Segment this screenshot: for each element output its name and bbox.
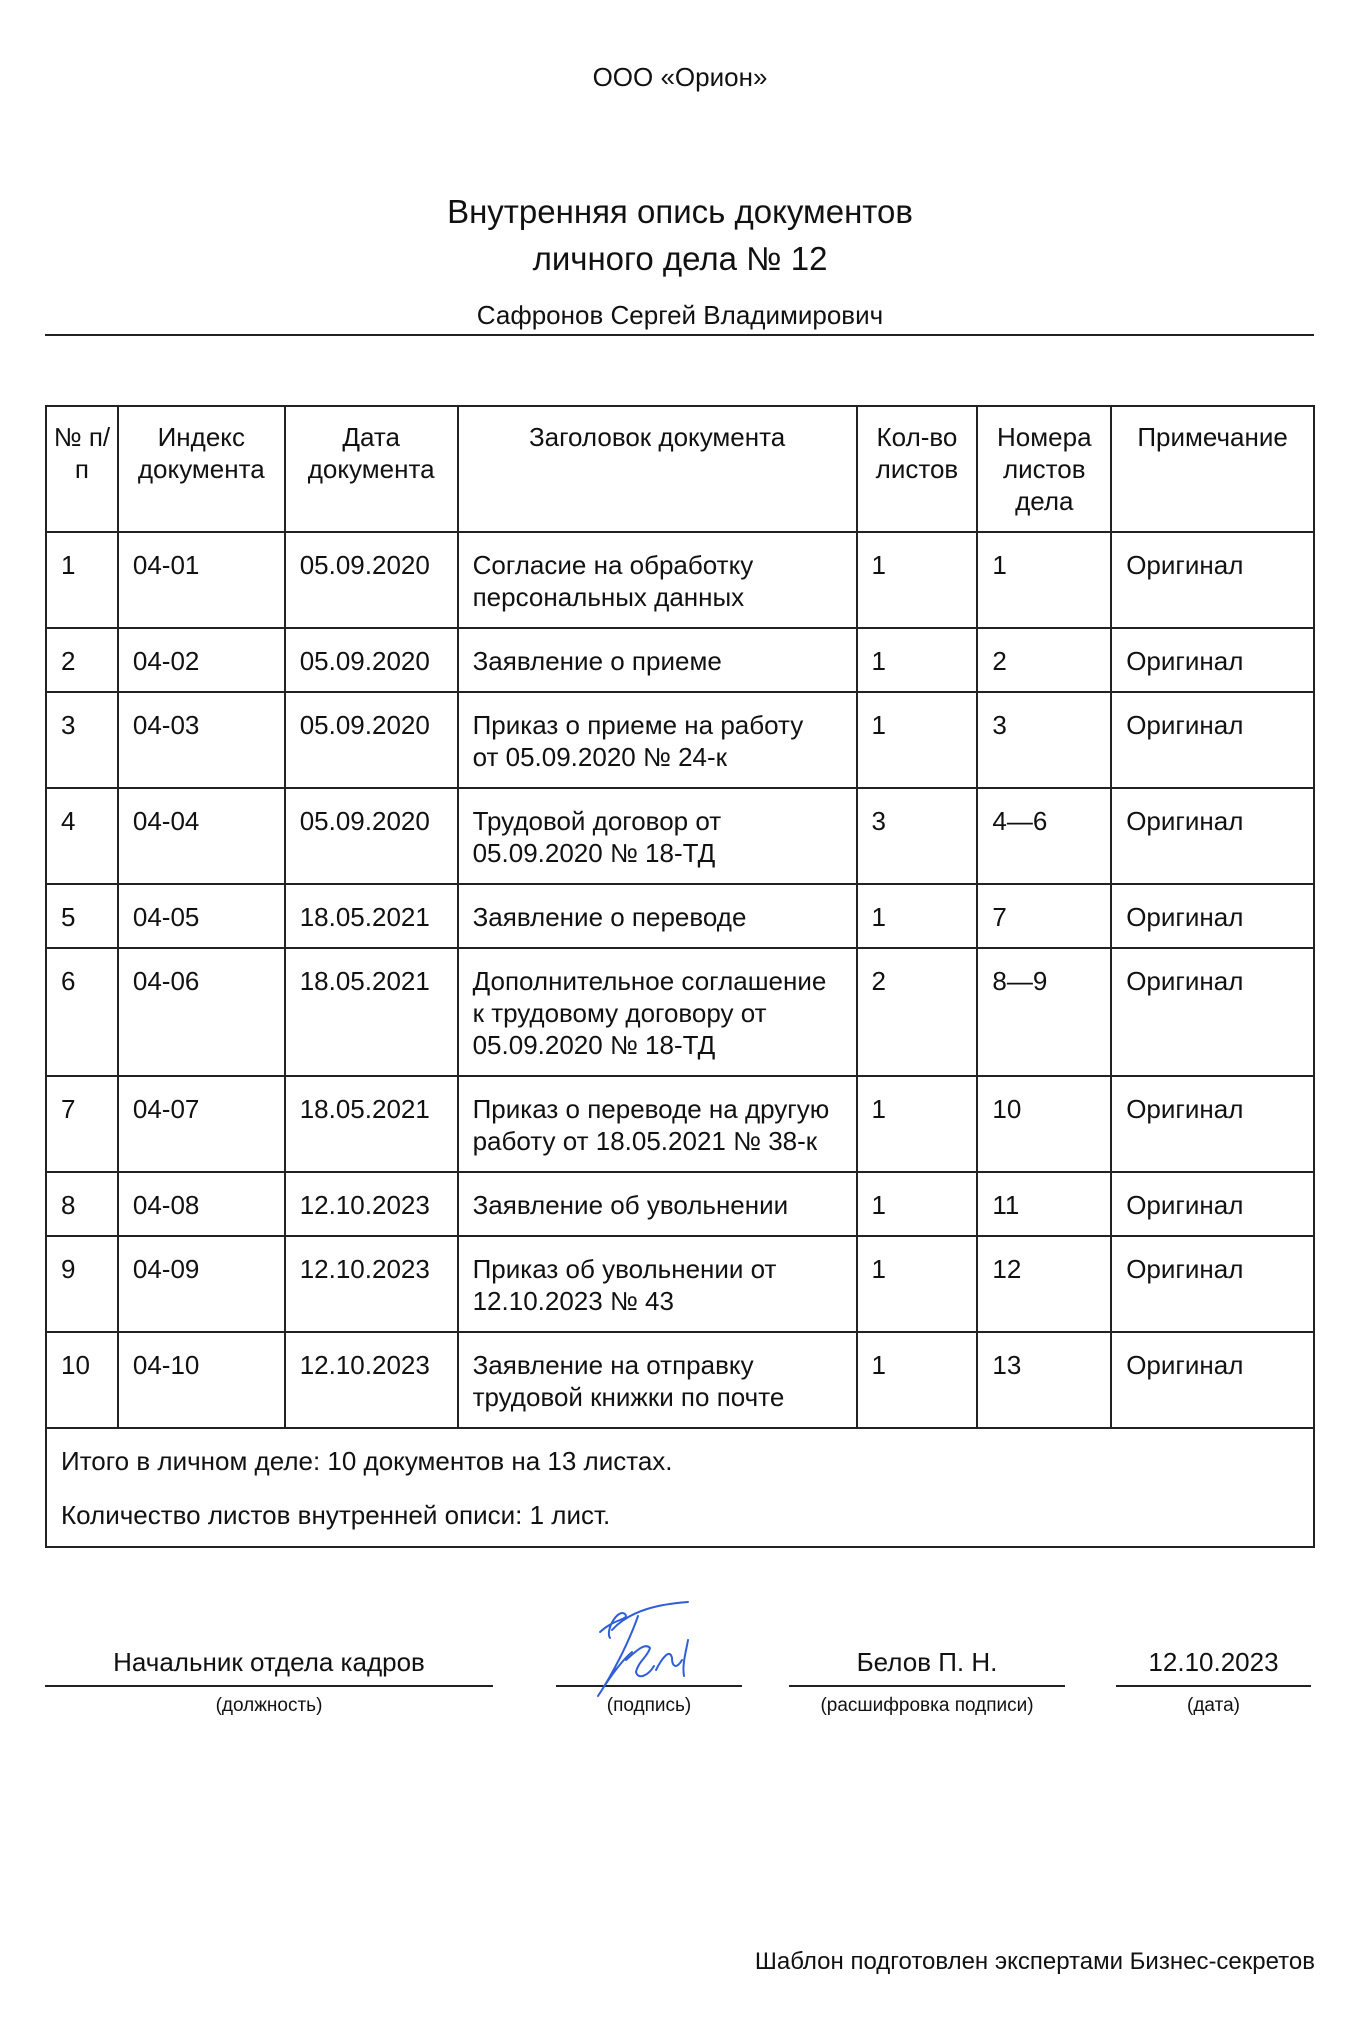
row-date: 18.05.2021 [285, 948, 458, 1076]
row-date: 05.09.2020 [285, 532, 458, 628]
row-sheet-numbers: 3 [977, 692, 1111, 788]
row-title: Согласие на обработку персональных данны… [458, 532, 857, 628]
row-title: Заявление о приеме [458, 628, 857, 692]
row-number: 1 [46, 532, 118, 628]
table-total-row: Итого в личном деле: 10 документов на 13… [46, 1428, 1314, 1547]
employee-name-underline [45, 334, 1314, 336]
table-row: 904-0912.10.2023Приказ об увольнении от … [46, 1236, 1314, 1332]
document-title-line-2: личного дела № 12 [0, 235, 1360, 282]
decoding-caption: (расшифровка подписи) [789, 1695, 1065, 1717]
row-note: Оригинал [1111, 532, 1314, 628]
total-documents-text: Итого в личном деле: 10 документов на 13… [61, 1445, 1299, 1477]
table-row: 304-0305.09.2020Приказ о приеме на работ… [46, 692, 1314, 788]
row-number: 8 [46, 1172, 118, 1236]
inventory-sheets-text: Количество листов внутренней описи: 1 ли… [61, 1499, 1299, 1531]
row-title: Заявление на отправку трудовой книжки по… [458, 1332, 857, 1428]
table-row: 504-0518.05.2021Заявление о переводе17Ор… [46, 884, 1314, 948]
row-date: 05.09.2020 [285, 788, 458, 884]
table-header-row: № п/п Индекс документа Дата документа За… [46, 406, 1314, 532]
row-note: Оригинал [1111, 692, 1314, 788]
column-header-note: Примечание [1111, 406, 1314, 532]
column-header-title: Заголовок документа [458, 406, 857, 532]
row-sheets: 1 [857, 692, 978, 788]
row-number: 7 [46, 1076, 118, 1172]
date-value: 12.10.2023 [1116, 1645, 1311, 1687]
table-row: 204-0205.09.2020Заявление о приеме12Ориг… [46, 628, 1314, 692]
row-sheets: 1 [857, 1332, 978, 1428]
organization-name: ООО «Орион» [0, 62, 1360, 93]
column-header-number: № п/п [46, 406, 118, 532]
row-index: 04-03 [118, 692, 285, 788]
total-cell: Итого в личном деле: 10 документов на 13… [46, 1428, 1314, 1547]
position-field: Начальник отдела кадров (должность) [45, 1645, 493, 1717]
row-sheet-numbers: 2 [977, 628, 1111, 692]
row-note: Оригинал [1111, 1332, 1314, 1428]
document-title-line-1: Внутренняя опись документов [0, 188, 1360, 235]
row-index: 04-09 [118, 1236, 285, 1332]
table-row: 1004-1012.10.2023Заявление на отправку т… [46, 1332, 1314, 1428]
row-title: Заявление о переводе [458, 884, 857, 948]
row-note: Оригинал [1111, 1236, 1314, 1332]
row-note: Оригинал [1111, 788, 1314, 884]
row-index: 04-10 [118, 1332, 285, 1428]
row-date: 18.05.2021 [285, 884, 458, 948]
row-title: Дополнительное соглашение к трудовому до… [458, 948, 857, 1076]
row-sheet-numbers: 7 [977, 884, 1111, 948]
date-field: 12.10.2023 (дата) [1116, 1645, 1311, 1717]
row-date: 18.05.2021 [285, 1076, 458, 1172]
row-sheet-numbers: 8—9 [977, 948, 1111, 1076]
row-number: 5 [46, 884, 118, 948]
row-number: 2 [46, 628, 118, 692]
row-index: 04-01 [118, 532, 285, 628]
decoding-value: Белов П. Н. [789, 1645, 1065, 1687]
row-sheets: 1 [857, 1172, 978, 1236]
column-header-date: Дата документа [285, 406, 458, 532]
row-title: Трудовой договор от 05.09.2020 № 18-ТД [458, 788, 857, 884]
row-number: 3 [46, 692, 118, 788]
row-title: Приказ о приеме на работу от 05.09.2020 … [458, 692, 857, 788]
row-number: 9 [46, 1236, 118, 1332]
position-value: Начальник отдела кадров [45, 1645, 493, 1687]
row-date: 05.09.2020 [285, 692, 458, 788]
row-sheets: 1 [857, 628, 978, 692]
row-index: 04-07 [118, 1076, 285, 1172]
row-number: 6 [46, 948, 118, 1076]
table-row: 704-0718.05.2021Приказ о переводе на дру… [46, 1076, 1314, 1172]
row-sheets: 1 [857, 884, 978, 948]
row-sheet-numbers: 13 [977, 1332, 1111, 1428]
document-title: Внутренняя опись документов личного дела… [0, 188, 1360, 282]
row-note: Оригинал [1111, 948, 1314, 1076]
row-sheets: 3 [857, 788, 978, 884]
position-caption: (должность) [45, 1695, 493, 1717]
row-sheet-numbers: 11 [977, 1172, 1111, 1236]
decoding-field: Белов П. Н. (расшифровка подписи) [789, 1645, 1065, 1717]
row-number: 10 [46, 1332, 118, 1428]
row-date: 05.09.2020 [285, 628, 458, 692]
row-sheet-numbers: 1 [977, 532, 1111, 628]
row-index: 04-06 [118, 948, 285, 1076]
row-note: Оригинал [1111, 884, 1314, 948]
row-title: Заявление об увольнении [458, 1172, 857, 1236]
row-title: Приказ об увольнении от 12.10.2023 № 43 [458, 1236, 857, 1332]
table-row: 804-0812.10.2023Заявление об увольнении1… [46, 1172, 1314, 1236]
row-sheet-numbers: 12 [977, 1236, 1111, 1332]
row-note: Оригинал [1111, 628, 1314, 692]
row-sheets: 1 [857, 1076, 978, 1172]
row-date: 12.10.2023 [285, 1332, 458, 1428]
table-row: 604-0618.05.2021Дополнительное соглашени… [46, 948, 1314, 1076]
footer-note: Шаблон подготовлен экспертами Бизнес-сек… [755, 1948, 1315, 1976]
row-title: Приказ о переводе на другую работу от 18… [458, 1076, 857, 1172]
row-number: 4 [46, 788, 118, 884]
employee-name: Сафронов Сергей Владимирович [0, 300, 1360, 331]
handwritten-signature-icon [590, 1600, 720, 1700]
row-note: Оригинал [1111, 1172, 1314, 1236]
row-date: 12.10.2023 [285, 1236, 458, 1332]
inventory-table: № п/п Индекс документа Дата документа За… [45, 405, 1315, 1548]
row-index: 04-02 [118, 628, 285, 692]
row-sheets: 2 [857, 948, 978, 1076]
row-index: 04-04 [118, 788, 285, 884]
row-sheet-numbers: 10 [977, 1076, 1111, 1172]
table-row: 104-0105.09.2020Согласие на обработку пе… [46, 532, 1314, 628]
row-date: 12.10.2023 [285, 1172, 458, 1236]
row-sheets: 1 [857, 1236, 978, 1332]
row-note: Оригинал [1111, 1076, 1314, 1172]
table-row: 404-0405.09.2020Трудовой договор от 05.0… [46, 788, 1314, 884]
row-index: 04-08 [118, 1172, 285, 1236]
row-sheets: 1 [857, 532, 978, 628]
date-caption: (дата) [1116, 1695, 1311, 1717]
column-header-index: Индекс документа [118, 406, 285, 532]
row-sheet-numbers: 4—6 [977, 788, 1111, 884]
column-header-sheets: Кол-во листов [857, 406, 978, 532]
row-index: 04-05 [118, 884, 285, 948]
column-header-sheet-numbers: Номера листов дела [977, 406, 1111, 532]
